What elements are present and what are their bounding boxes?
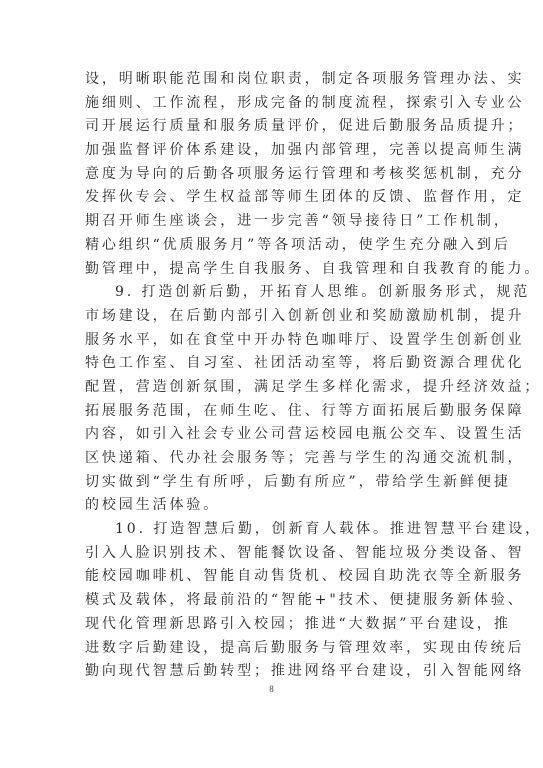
text-line: 服务水平，如在食堂中开办特色咖啡厅、设置学生创新创业	[85, 329, 461, 353]
text-line: 进数字后勤建设，提高后勤服务与管理效率，实现由传统后	[85, 637, 461, 661]
text-line: 加强监督评价体系建设，加强内部管理，完善以提高师生满	[85, 139, 461, 163]
text-line: 特色工作室、自习室、社团活动室等，将后勤资源合理优化	[85, 352, 461, 376]
text-line: 切实做到“学生有所呼，后勤有所应”，带给学生新鲜便捷	[85, 471, 461, 495]
text-line: 配置，营造创新氛围，满足学生多样化需求，提升经济效益；	[85, 376, 461, 400]
text-line: 的校园生活体验。	[85, 494, 461, 518]
text-line: 施细则、工作流程，形成完备的制度流程，探索引入专业公	[85, 92, 461, 116]
paragraph-9-heading-line: 9. 打造创新后勤，开拓育人思维。创新服务形式，规范	[85, 281, 461, 305]
text-line: 内容，如引入社会专业公司营运校园电瓶公交车、设置生活	[85, 423, 461, 447]
paragraph-10-heading-line: 10. 打造智慧后勤，创新育人载体。推进智慧平台建设，	[85, 518, 461, 542]
text-line: 司开展运行质量和服务质量评价，促进后勤服务品质提升；	[85, 115, 461, 139]
text-line: 设，明晰职能范围和岗位职责，制定各项服务管理办法、实	[85, 68, 461, 92]
text-line: 市场建设，在后勤内部引入创新创业和奖励激励机制，提升	[85, 305, 461, 329]
text-line: 勤向现代智慧后勤转型；推进网络平台建设，引入智能网络	[85, 660, 461, 684]
text-line: 模式及载体，将最前沿的“智能+"技术、便捷服务新体验、	[85, 589, 461, 613]
text-line: 意度为导向的后勤各项服务运行管理和考核奖惩机制，充分	[85, 163, 461, 187]
document-page: 设，明晰职能范围和岗位职责，制定各项服务管理办法、实 施细则、工作流程，形成完备…	[0, 0, 543, 768]
text-line: 拓展服务范围，在师生吃、住、行等方面拓展后勤服务保障	[85, 400, 461, 424]
page-number: 8	[0, 684, 543, 694]
text-line: 勤管理中，提高学生自我服务、自我管理和自我教育的能力。	[85, 258, 461, 282]
text-line: 区快递箱、代办社会服务等；完善与学生的沟通交流机制，	[85, 447, 461, 471]
text-line: 期召开师生座谈会，进一步完善“领导接待日”工作机制，	[85, 210, 461, 234]
text-line: 能校园咖啡机、智能自动售货机、校园自助洗衣等全新服务	[85, 565, 461, 589]
text-line: 发挥伙专会、学生权益部等师生团体的反馈、监督作用，定	[85, 186, 461, 210]
body-text: 设，明晰职能范围和岗位职责，制定各项服务管理办法、实 施细则、工作流程，形成完备…	[85, 68, 461, 684]
text-line: 现代化管理新思路引入校园；推进“大数据”平台建设，推	[85, 613, 461, 637]
text-line: 引入人脸识别技术、智能餐饮设备、智能垃圾分类设备、智	[85, 542, 461, 566]
text-line: 精心组织“优质服务月”等各项活动，使学生充分融入到后	[85, 234, 461, 258]
